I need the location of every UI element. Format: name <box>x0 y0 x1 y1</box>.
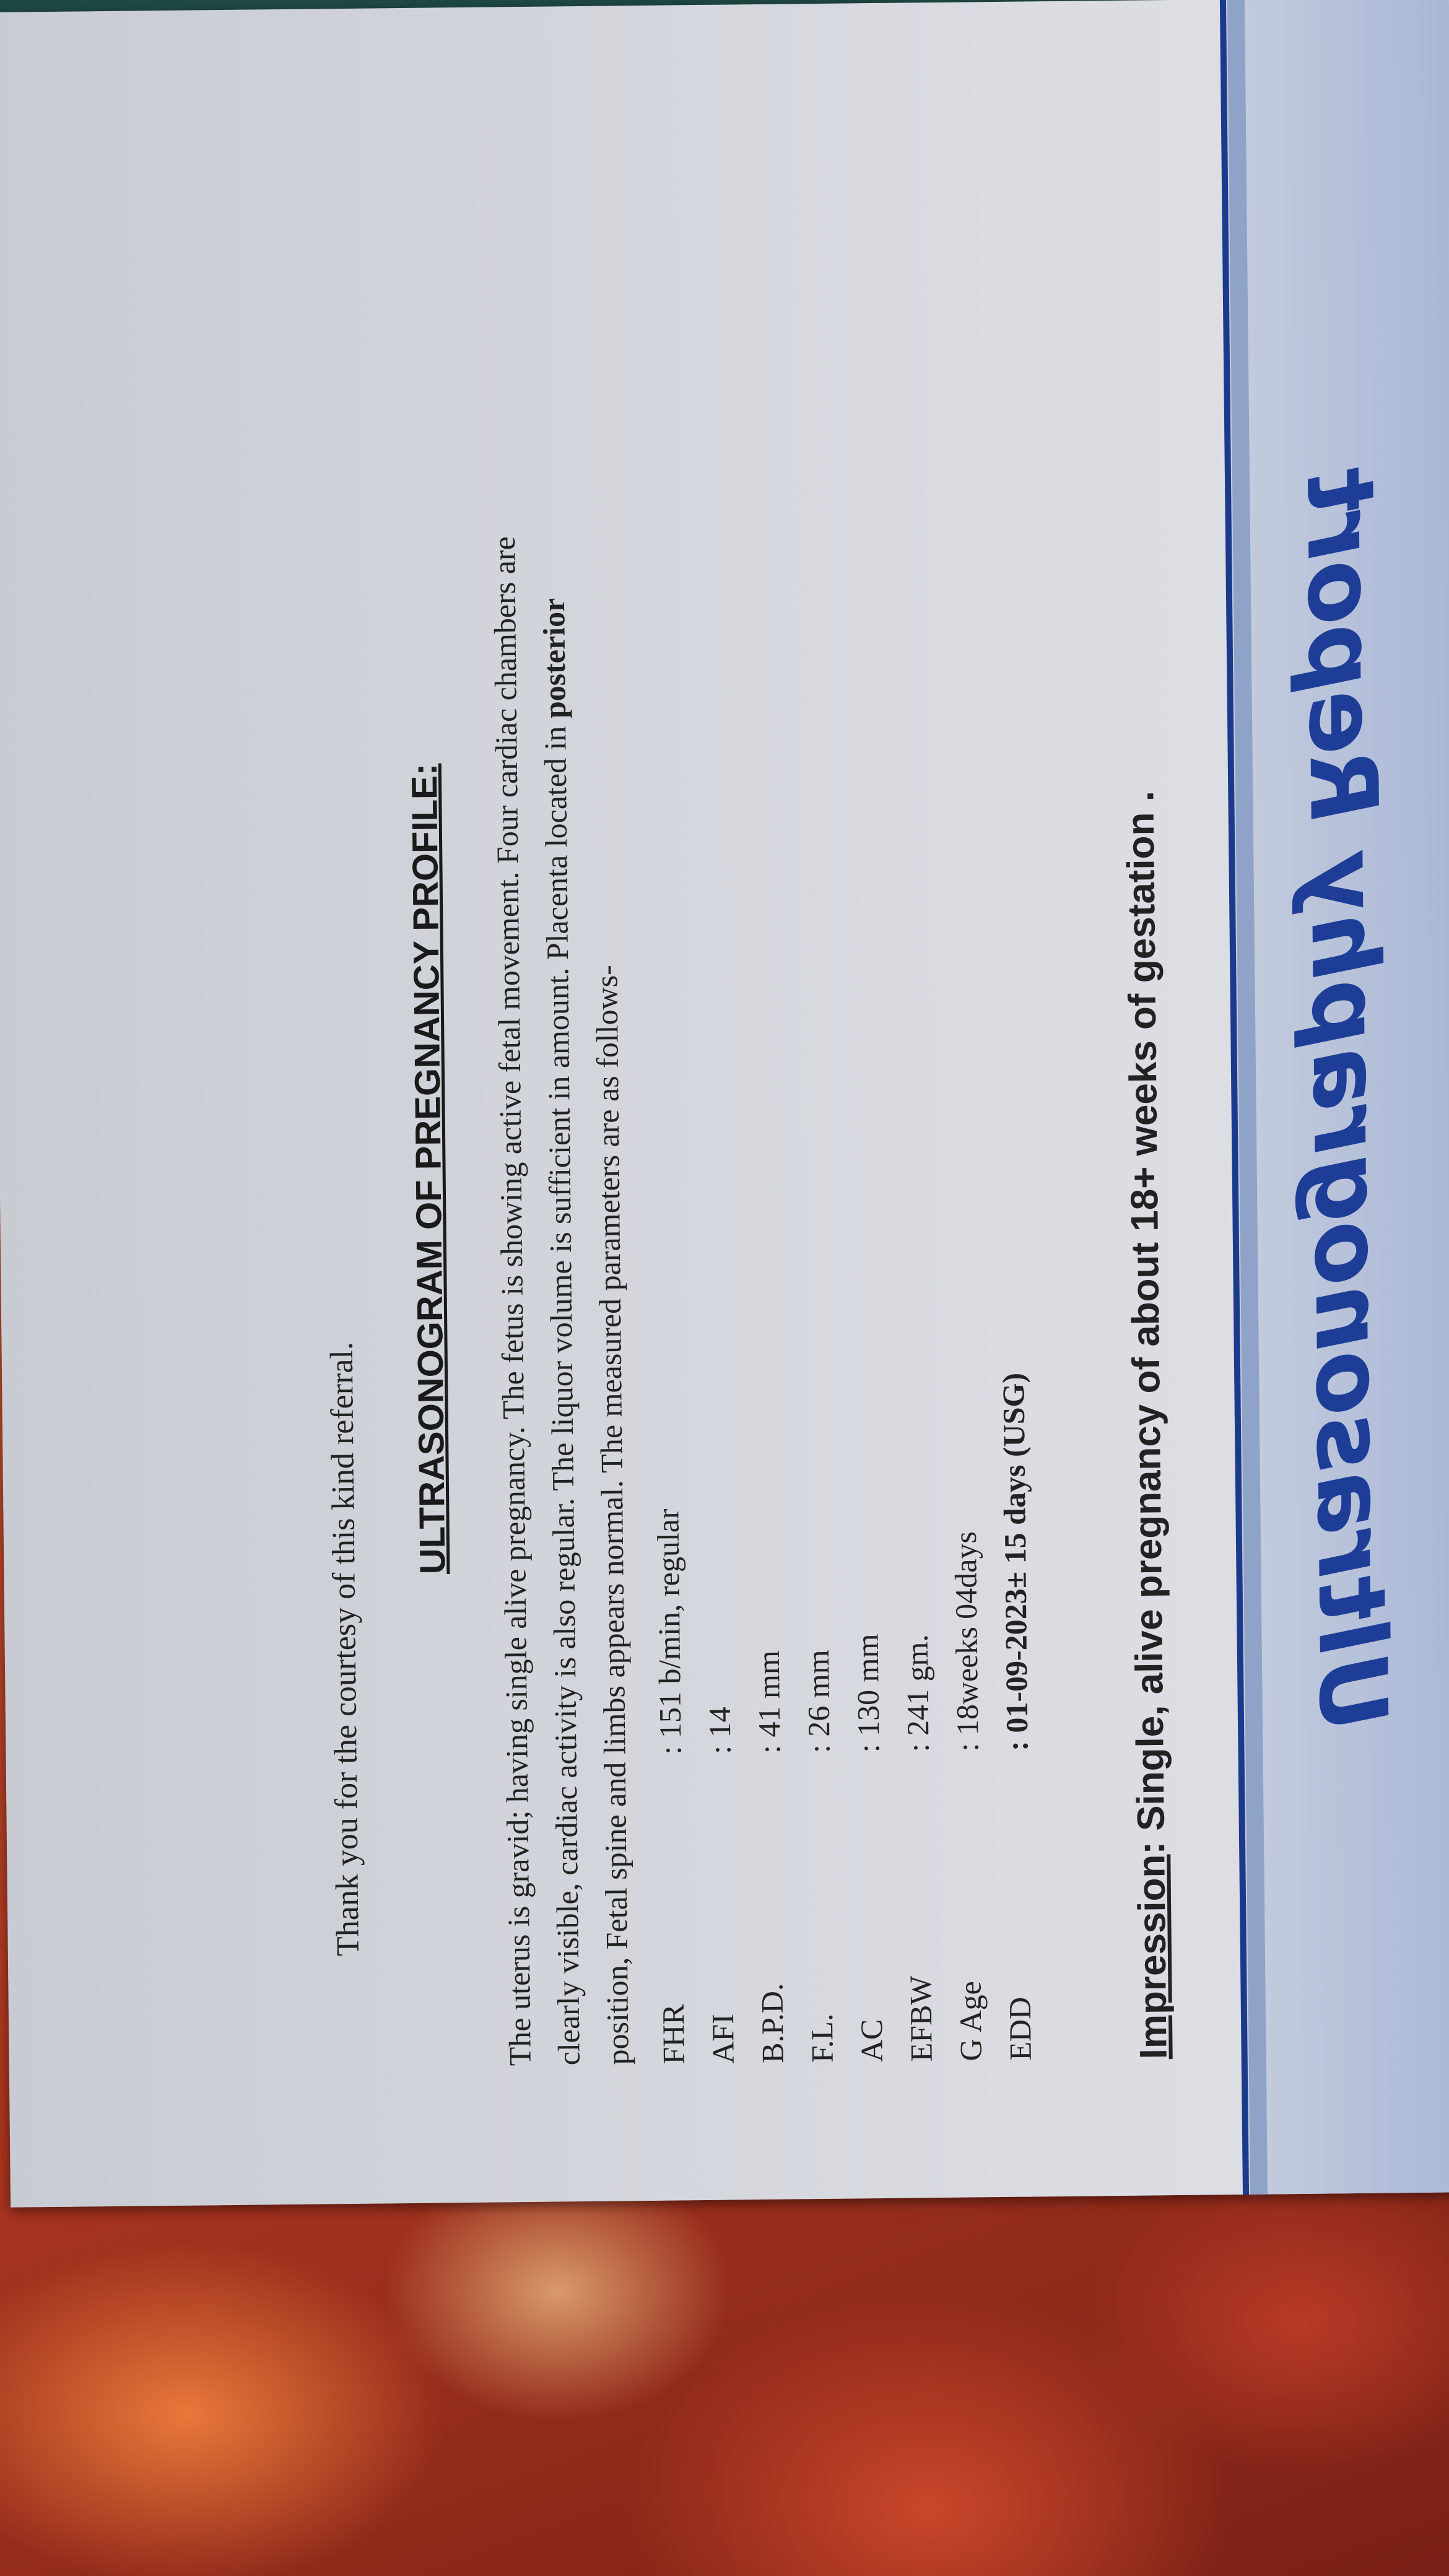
findings-paragraph: The uterus is gravid; having single aliv… <box>480 516 643 2066</box>
param-label: AC <box>851 1752 890 2063</box>
parameter-list: FHR: 151 b/min, regular AFI: 14 B.P.D.: … <box>630 264 1045 2065</box>
param-value: : 241 gm. <box>899 1634 936 1752</box>
param-value: : 151 b/min, regular <box>650 1508 688 1755</box>
findings-text-2: position, Fetal spine and limbs appears … <box>589 965 635 2065</box>
referral-note: Thank you for the courtesy of this kind … <box>312 272 366 1956</box>
header-title: Ultrasonography Report <box>1286 470 1406 1731</box>
param-label: AFI <box>702 1754 741 2064</box>
impression-text: : Single, alive pregnancy of about 18+ w… <box>1119 791 1173 1855</box>
section-heading: ULTRASONOGRAM OF PREGNANCY PROFILE: <box>398 271 458 2067</box>
param-label: EDD <box>999 1751 1038 2061</box>
param-value: : 41 mm <box>751 1650 788 1754</box>
param-value: : 26 mm <box>800 1650 837 1753</box>
param-value: : 18weeks 04days <box>947 1531 986 1752</box>
param-label: B.P.D. <box>752 1754 791 2064</box>
header-band: Ultrasonography Report <box>1220 0 1449 2195</box>
param-value: : 14 <box>702 1707 738 1754</box>
param-value: : 130 mm <box>850 1634 887 1752</box>
param-value: : 01-09-2023± 15 days (USG) <box>995 1373 1035 1751</box>
param-label: G Age <box>949 1751 988 2061</box>
findings-text-1: The uterus is gravid; having single aliv… <box>487 536 586 2066</box>
impression-label: Impression <box>1130 1854 1175 2059</box>
impression: Impression: Single, alive pregnancy of a… <box>1113 263 1175 2060</box>
report-paper: Thank you for the courtesy of this kind … <box>0 0 1449 2208</box>
param-label: F.L. <box>801 1753 840 2063</box>
param-label: EFBW <box>900 1752 939 2062</box>
param-label: FHR <box>653 1754 692 2065</box>
findings-bold: posterior <box>536 598 572 719</box>
